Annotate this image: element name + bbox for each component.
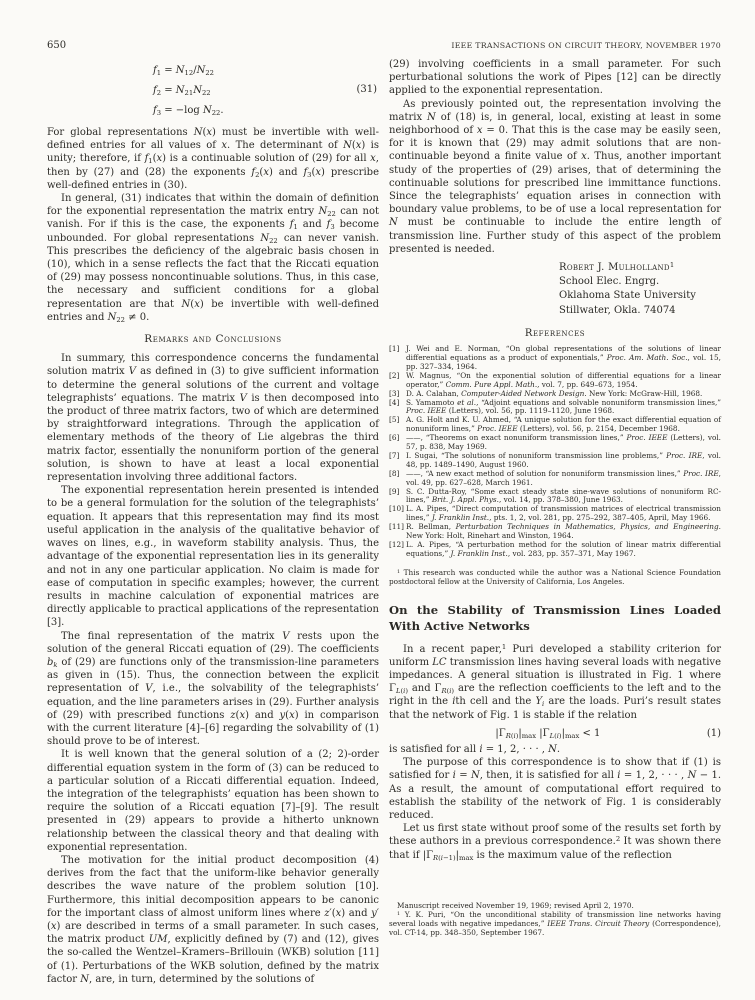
reference-item: [5]A. G. Holt and K. U. Ahmed, “A unique… bbox=[389, 416, 721, 434]
paragraph: is satisfied for all i = 1, 2, · · · , N… bbox=[389, 743, 721, 756]
reference-item: [2]W. Magnus, “On the exponential soluti… bbox=[389, 372, 721, 390]
author-affiliation-line: Oklahoma State University bbox=[559, 289, 721, 303]
paragraph: In summary, this correspondence concerns… bbox=[47, 352, 379, 484]
author-affiliation-line: Stillwater, Okla. 74074 bbox=[559, 304, 721, 318]
page-number: 650 bbox=[47, 40, 66, 51]
reference-number: [12] bbox=[389, 541, 406, 559]
equation-1-number: (1) bbox=[707, 727, 721, 740]
reference-item: [8]——, “A new exact method of solution f… bbox=[389, 470, 721, 488]
reference-number: [9] bbox=[389, 488, 406, 506]
reference-text: A. G. Holt and K. U. Ahmed, “A unique so… bbox=[406, 416, 721, 434]
reference-number: [2] bbox=[389, 372, 406, 390]
reference-number: [1] bbox=[389, 345, 406, 372]
paragraph: The exponential representation herein pr… bbox=[47, 484, 379, 629]
paragraph: In general, (31) indicates that within t… bbox=[47, 192, 379, 324]
reference-item: [10]L. A. Pipes, “Direct computation of … bbox=[389, 505, 721, 523]
author-signature: Robert J. Mulholland1 School Elec. Engrg… bbox=[559, 261, 721, 318]
reference-text: ——, “A new exact method of solution for … bbox=[406, 470, 721, 488]
paragraph: As previously pointed out, the represent… bbox=[389, 98, 721, 256]
paragraph: The purpose of this correspondence is to… bbox=[389, 756, 721, 822]
reference-number: [11] bbox=[389, 523, 406, 541]
reference-number: [4] bbox=[389, 399, 406, 417]
journal-page: 650 IEEE TRANSACTIONS ON CIRCUIT THEORY,… bbox=[0, 0, 755, 1000]
paragraph: The motivation for the initial product d… bbox=[47, 854, 379, 986]
reference-item: [7]I. Sugai, “The solutions of nonunifor… bbox=[389, 452, 721, 470]
reference-text: L. A. Pipes, “A perturbation method for … bbox=[406, 541, 721, 559]
reference-text: J. Wei and E. Norman, “On global represe… bbox=[406, 345, 721, 372]
reference-number: [6] bbox=[389, 434, 406, 452]
paragraph: It is well known that the general soluti… bbox=[47, 748, 379, 854]
equation-31-line-2: f2 = N21N22 bbox=[47, 81, 379, 101]
article-title: On the Stability of Transmission Lines L… bbox=[389, 602, 721, 635]
manuscript-footnotes: Manuscript received November 19, 1969; r… bbox=[389, 901, 721, 937]
right-column: (29) involving coefficients in a small p… bbox=[389, 58, 721, 862]
paragraph: The final representation of the matrix V… bbox=[47, 630, 379, 749]
references-list: [1]J. Wei and E. Norman, “On global repr… bbox=[389, 345, 721, 559]
paragraph: For global representations N(x) must be … bbox=[47, 126, 379, 192]
reference-item: [12]L. A. Pipes, “A perturbation method … bbox=[389, 541, 721, 559]
paragraph: (29) involving coefficients in a small p… bbox=[389, 58, 721, 98]
reference-item: [1]J. Wei and E. Norman, “On global repr… bbox=[389, 345, 721, 372]
author-name: Robert J. Mulholland1 bbox=[559, 261, 721, 275]
reference-number: [10] bbox=[389, 505, 406, 523]
reference-item: [6]——, “Theorems on exact nonuniform tra… bbox=[389, 434, 721, 452]
reference-item: [9]S. C. Dutta-Roy, “Some exact steady s… bbox=[389, 488, 721, 506]
research-footnote: 1 This research was conducted while the … bbox=[389, 569, 721, 587]
puri-reference-footnote: 1 Y. K. Puri, “On the unconditional stab… bbox=[389, 910, 721, 937]
reference-text: I. Sugai, “The solutions of nonuniform t… bbox=[406, 452, 721, 470]
reference-item: [11]R. Bellman, Perturbation Techniques … bbox=[389, 523, 721, 541]
equation-31-line-3: f3 = −log N22. bbox=[47, 101, 379, 121]
reference-text: R. Bellman, Perturbation Techniques in M… bbox=[406, 523, 721, 541]
reference-number: [7] bbox=[389, 452, 406, 470]
reference-number: [8] bbox=[389, 470, 406, 488]
reference-text: S. Yamamoto et al., “Adjoint equations a… bbox=[406, 399, 721, 417]
reference-number: [5] bbox=[389, 416, 406, 434]
reference-item: [4]S. Yamamoto et al., “Adjoint equation… bbox=[389, 399, 721, 417]
equation-31: f1 = N12/N22 f2 = N21N22 f3 = −log N22. … bbox=[47, 61, 379, 121]
paragraph: Let us first state without proof some of… bbox=[389, 822, 721, 862]
reference-text: L. A. Pipes, “Direct computation of tran… bbox=[406, 505, 721, 523]
journal-header: IEEE TRANSACTIONS ON CIRCUIT THEORY, NOV… bbox=[451, 41, 721, 50]
references-heading: References bbox=[389, 327, 721, 340]
equation-1: |ΓR(i)|max |ΓL(i)|max < 1 (1) bbox=[389, 727, 721, 740]
equation-31-line-1: f1 = N12/N22 bbox=[47, 61, 379, 81]
left-column: f1 = N12/N22 f2 = N21N22 f3 = −log N22. … bbox=[47, 58, 379, 986]
author-affiliation-line: School Elec. Engrg. bbox=[559, 275, 721, 289]
reference-text: S. C. Dutta-Roy, “Some exact steady stat… bbox=[406, 488, 721, 506]
equation-1-body: |ΓR(i)|max |ΓL(i)|max < 1 bbox=[389, 727, 707, 740]
reference-text: W. Magnus, “On the exponential solution … bbox=[406, 372, 721, 390]
reference-text: ——, “Theorems on exact nonuniform transm… bbox=[406, 434, 721, 452]
equation-31-number: (31) bbox=[356, 83, 377, 96]
paragraph: In a recent paper,1 Puri developed a sta… bbox=[389, 643, 721, 722]
section-heading-remarks: Remarks and Conclusions bbox=[47, 333, 379, 346]
manuscript-received-note: Manuscript received November 19, 1969; r… bbox=[389, 901, 721, 910]
